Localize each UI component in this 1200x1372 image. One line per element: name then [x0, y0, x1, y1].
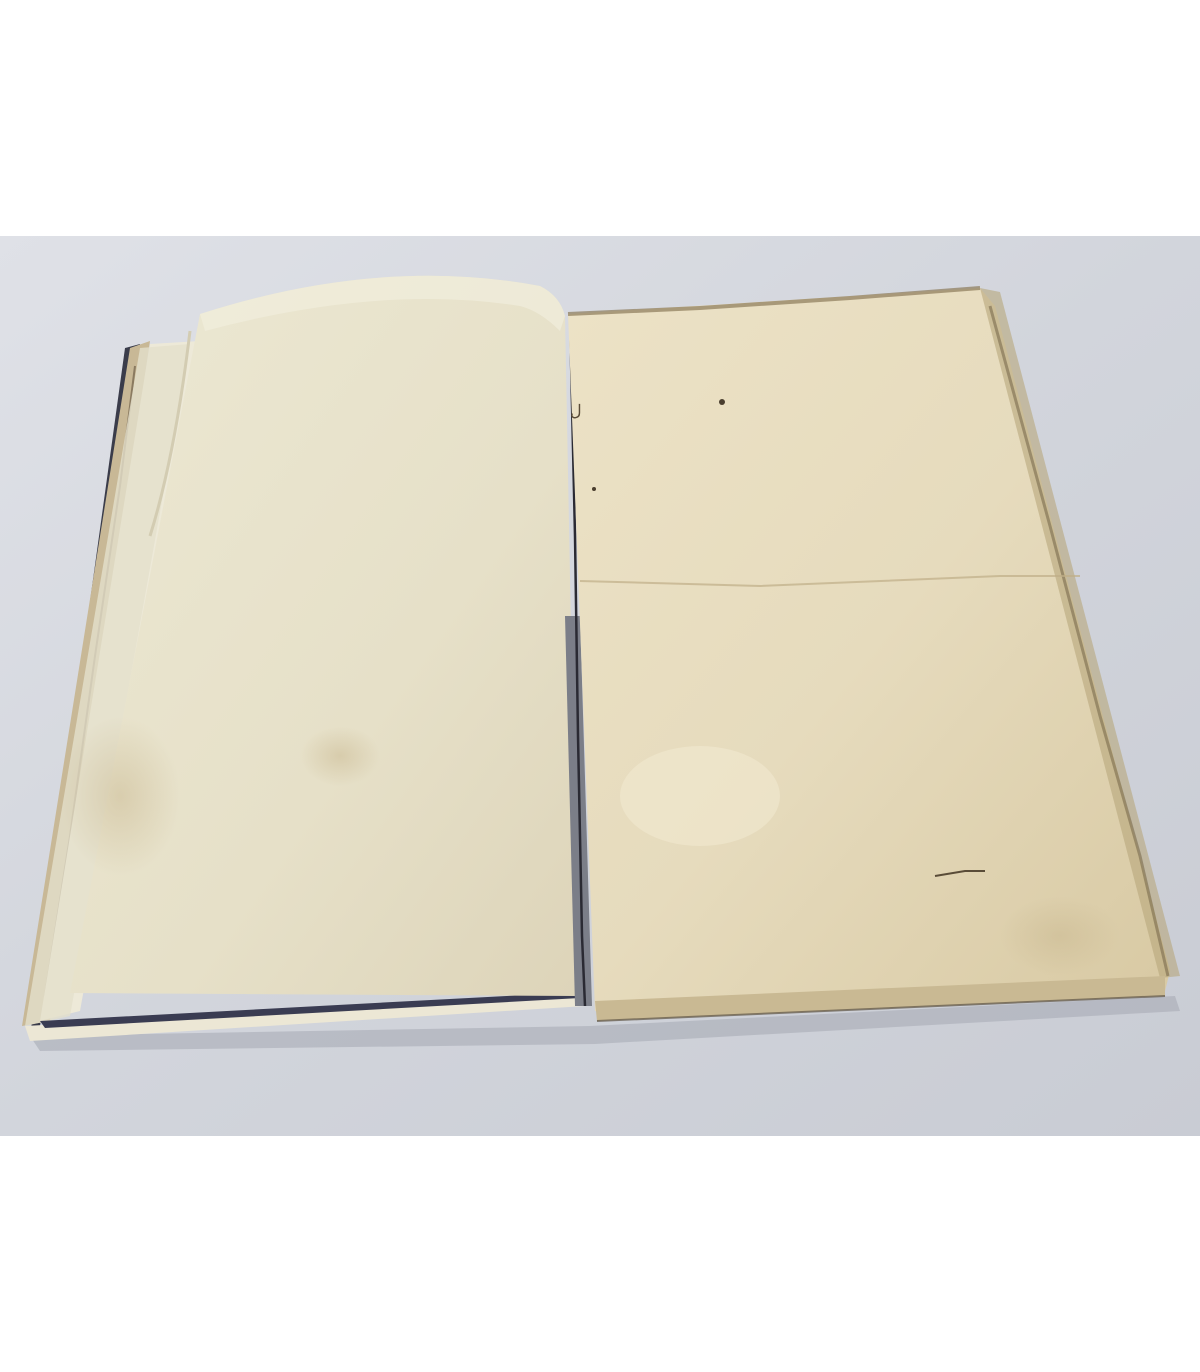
book-photograph: An old open book lying on a light gray s… [0, 236, 1200, 1136]
svg-text:ل: ل [570, 401, 582, 420]
